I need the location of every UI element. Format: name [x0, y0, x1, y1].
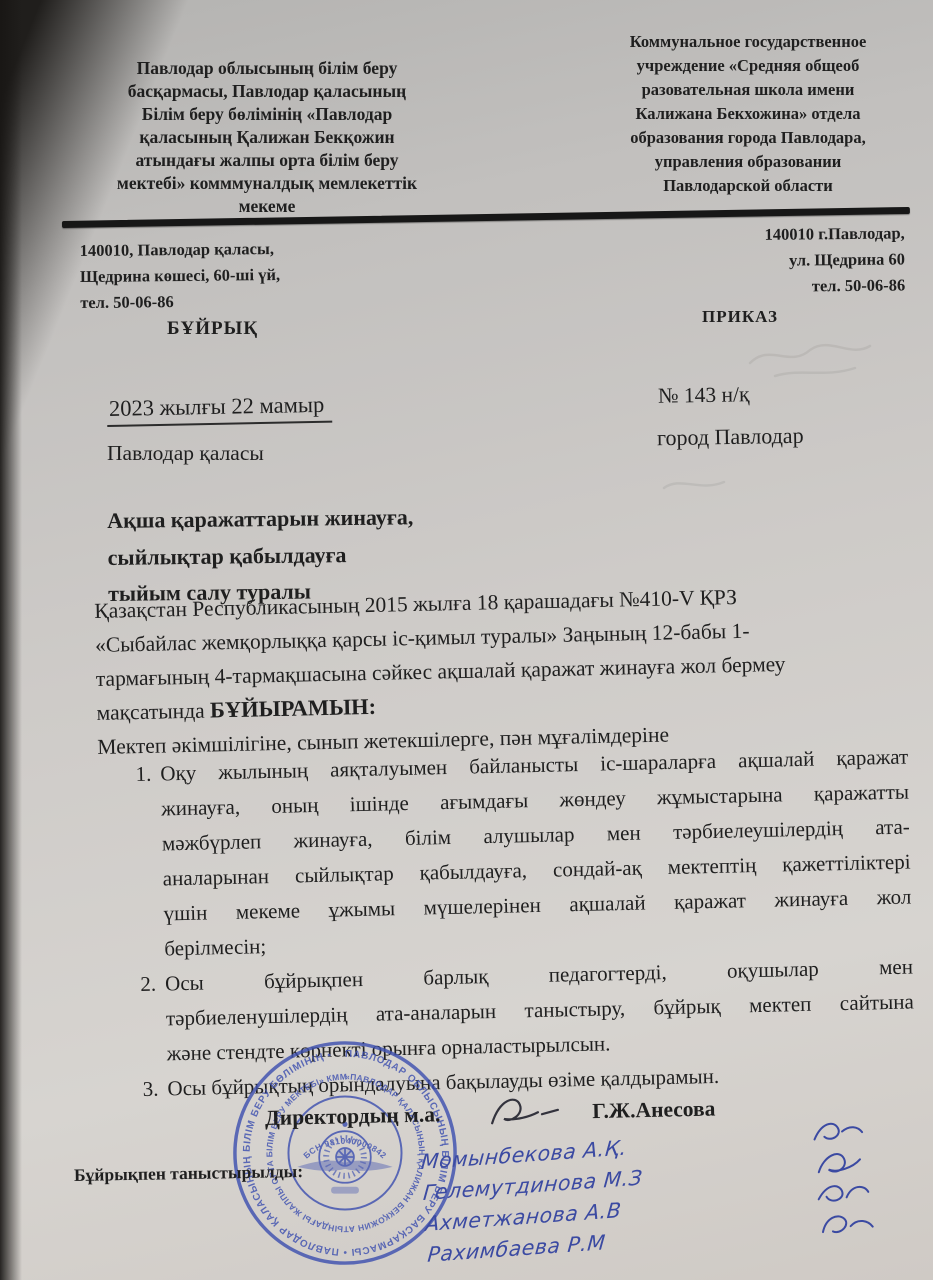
director-signature-icon [486, 1092, 565, 1134]
item-number: 2. [99, 966, 167, 1072]
acknowledgment-signatures: Момынбекова А.Қ. Гелемутдинова М.З Ахмет… [420, 1115, 878, 1270]
order-item-1: 1. Оқу жылының аяқталуымен байланысты іс… [94, 740, 913, 968]
org-name-kazakh: Павлодар облысының білім берубасқармасы,… [66, 57, 468, 218]
intro-tail-normal: мақсатында [96, 698, 210, 724]
item-number: 3. [101, 1071, 168, 1107]
intro-lines: Қазақстан Республикасының 2015 жылға 18 … [94, 576, 910, 696]
item-number: 1. [94, 757, 165, 968]
order-item-2: 2. Осы бұйрықпен барлық педагогтерді, оқ… [99, 949, 915, 1072]
item-text: Оқу жылының аяқталуымен байланысты іс-ша… [160, 740, 913, 967]
signature-paraph-icon [811, 1115, 871, 1149]
order-title-kazakh: БҰЙРЫҚ [167, 318, 258, 340]
order-verb-bold: БҰЙЫРАМЫН: [210, 694, 377, 723]
acknowledgment-label: Бұйрықпен таныстырылды: [74, 1161, 303, 1186]
order-number: № 143 н/қ [658, 382, 750, 409]
signature-paraph-icon [815, 1177, 875, 1211]
signature-paraph-icon [813, 1146, 873, 1180]
signatory-name: Г.Ж.Анесова [592, 1096, 716, 1124]
order-intro-paragraph: Қазақстан Республикасының 2015 жылға 18 … [94, 576, 912, 764]
org-name-russian: Коммунальное государственноеучреждение «… [578, 30, 918, 198]
order-city-kazakh: Павлодар қаласы [107, 441, 264, 466]
scanned-order-document: Павлодар облысының білім берубасқармасы,… [0, 0, 933, 1280]
ink-bleed-mark [745, 328, 895, 383]
order-date: 2023 жылғы 22 мамыр [107, 392, 333, 427]
signatory-role: Директордың м.а. [265, 1102, 441, 1131]
signature-paraph-icon [818, 1208, 878, 1242]
address-kazakh: 140010, Павлодар қаласы,Щедрина көшесі, … [80, 236, 281, 316]
ink-bleed-mark [660, 472, 730, 498]
order-title-russian: ПРИКАЗ [702, 307, 778, 327]
address-russian: 140010 г.Павлодар,ул. Щедрина 60тел. 50-… [600, 220, 906, 301]
order-items-list: 1. Оқу жылының аяқталуымен байланысты іс… [94, 740, 916, 1108]
order-city-russian: город Павлодар [657, 423, 804, 452]
